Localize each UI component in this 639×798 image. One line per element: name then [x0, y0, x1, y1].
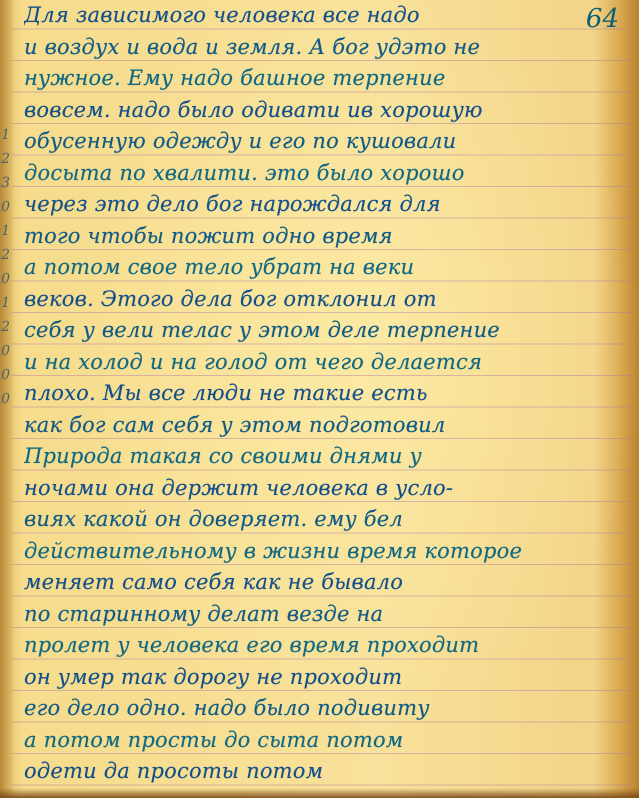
text-line: через это дело бог нарождался для [24, 189, 609, 221]
text-line: пролет у человека его время проходит [24, 630, 609, 662]
margin-mark: 2 [0, 152, 14, 166]
margin-mark: 2 [0, 320, 14, 334]
margin-mark: 0 [0, 392, 14, 406]
text-line: меняет само себя как не бывало [24, 567, 609, 599]
text-line: он умер так дорогу не проходит [24, 662, 609, 694]
text-line: обусенную одежду и его по кушовали [24, 126, 609, 158]
text-line: себя у вели телас у этом деле терпение [24, 315, 609, 347]
text-line: ночами она держит человека в усло- [24, 473, 609, 505]
margin-mark: 0 [0, 344, 14, 358]
text-line: плохо. Мы все люди не такие есть [24, 378, 609, 410]
text-line: и на холод и на голод от чего делается [24, 347, 609, 379]
text-line: а потом свое тело убрат на веки [24, 252, 609, 284]
handwritten-text: Для зависимого человека все надои воздух… [24, 0, 609, 788]
text-line: виях какой он доверяет. ему бел [24, 504, 609, 536]
text-line: действительному в жизни время которое [24, 536, 609, 568]
text-line: Природа такая со своими днями у [24, 441, 609, 473]
text-line: одети да просоты потом [24, 756, 609, 788]
text-line: Для зависимого человека все надо [24, 0, 609, 32]
text-line: вовсем. надо было одивати ив хорошую [24, 95, 609, 127]
text-line: его дело одно. надо было подивиту [24, 693, 609, 725]
text-line: нужное. Ему надо башное терпение [24, 63, 609, 95]
text-line: досыта по хвалити. это было хорошо [24, 158, 609, 190]
margin-mark: 1 [0, 128, 14, 142]
margin-mark: 2 [0, 248, 14, 262]
text-line: и воздух и вода и земля. А бог удэто не [24, 32, 609, 64]
margin-mark: 3 [0, 176, 14, 190]
margin-mark: 0 [0, 272, 14, 286]
text-line: как бог сам себя у этом подготовил [24, 410, 609, 442]
text-line: по старинному делат везде на [24, 599, 609, 631]
text-line: веков. Этого дела бог отклонил от [24, 284, 609, 316]
text-line: а потом просты до сыта потом [24, 725, 609, 757]
text-line: того чтобы пожит одно время [24, 221, 609, 253]
margin-mark: 0 [0, 368, 14, 382]
margin-mark: 1 [0, 224, 14, 238]
margin-marks: 123012012000 [1, 128, 13, 406]
notebook-page: 123012012000 64 Для зависимого человека … [0, 0, 639, 798]
margin-mark: 0 [0, 200, 14, 214]
margin-mark: 1 [0, 296, 14, 310]
